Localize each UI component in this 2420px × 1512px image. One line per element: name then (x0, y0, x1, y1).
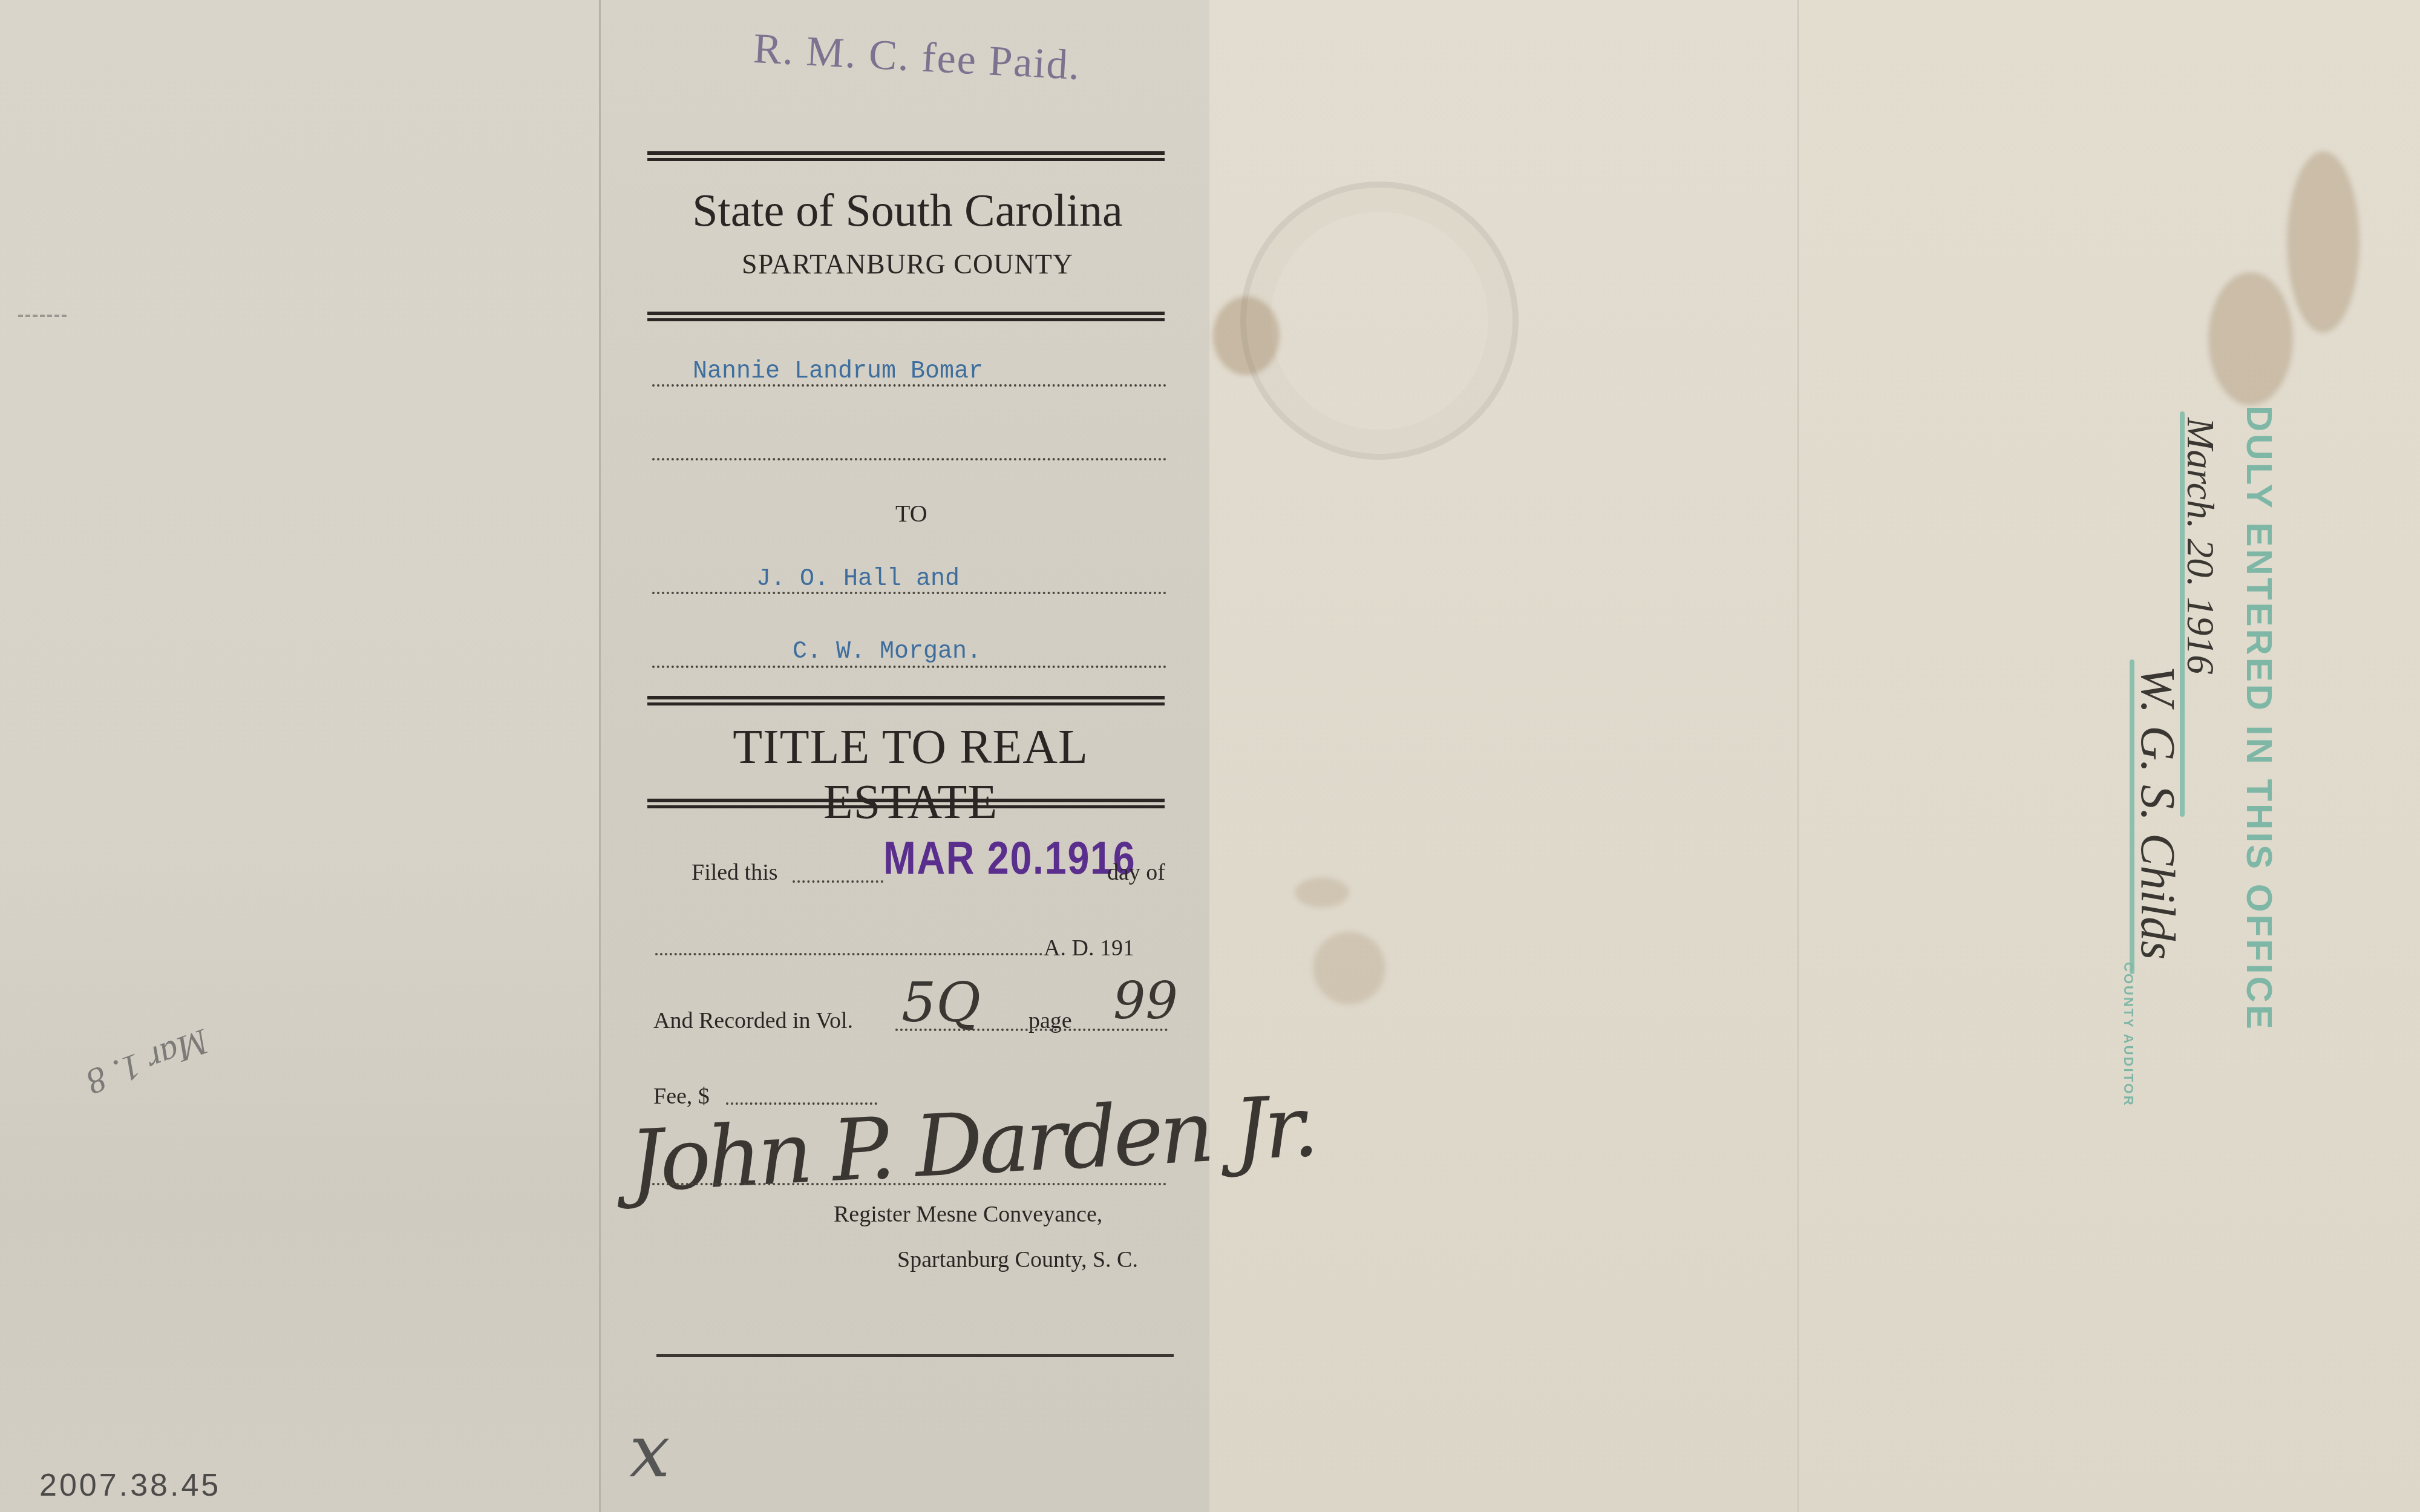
recorded-label: And Recorded in Vol. (653, 1007, 853, 1034)
grantee-line-2-rule (652, 666, 1166, 668)
stain (1295, 877, 1349, 908)
state-heading: State of South Carolina (644, 185, 1171, 237)
to-label: TO (895, 499, 927, 528)
accession-number: 2007.38.45 (39, 1467, 221, 1504)
auditor-stamp-footer: COUNTY AUDITOR (2121, 962, 2136, 1107)
grantee-line-1: J. O. Hall and (756, 566, 960, 593)
duly-entered-stamp: DULY ENTERED IN THIS OFFICE (2238, 405, 2280, 1032)
double-rule-top (647, 151, 1165, 161)
embossed-seal (1240, 182, 1519, 460)
stain (1313, 932, 1385, 1004)
register-location: Spartanburg County, S. C. (897, 1246, 1138, 1273)
stain (1213, 296, 1280, 375)
auditor-signature: W. G. S. Childs (2130, 666, 2185, 960)
margin-mark (18, 315, 67, 317)
grantor-name: Nannie Landrum Bomar (693, 358, 983, 385)
page-number: 99 (1113, 971, 1178, 1030)
ad-label: A. D. 191 (1044, 935, 1134, 961)
filed-label: Filed this (692, 859, 778, 886)
fee-label: Fee, $ (653, 1083, 710, 1110)
grantee-line-2: C. W. Morgan. (793, 638, 981, 666)
recorded-line (895, 1029, 1168, 1031)
signature-line (652, 1183, 1166, 1185)
double-rule-under-county (647, 312, 1165, 321)
double-rule-below-title (647, 799, 1165, 808)
ad-line (655, 953, 1042, 955)
day-of-label: day of (1107, 859, 1165, 886)
pencil-x-mark: x (629, 1410, 670, 1494)
blank-line (652, 458, 1166, 460)
stain (2208, 272, 2293, 405)
volume-number: 5Q (901, 971, 981, 1035)
grantor-line (652, 384, 1166, 387)
county-heading: SPARTANBURG COUNTY (644, 248, 1171, 280)
register-title: Register Mesne Conveyance, (834, 1201, 1102, 1228)
double-rule-above-title (647, 696, 1165, 705)
grantee-line-1-rule (652, 592, 1166, 594)
filed-line (793, 880, 883, 883)
bottom-rule (656, 1354, 1174, 1357)
stain (2287, 151, 2359, 333)
deed-document: R. M. C. fee Paid. State of South Caroli… (0, 0, 2420, 1512)
left-panel (0, 0, 599, 1512)
filed-date-stamp: MAR 20.1916 (883, 832, 1136, 885)
document-title: TITLE TO REAL ESTATE (647, 720, 1174, 830)
entered-date: March. 20. 1916 (2178, 417, 2223, 674)
